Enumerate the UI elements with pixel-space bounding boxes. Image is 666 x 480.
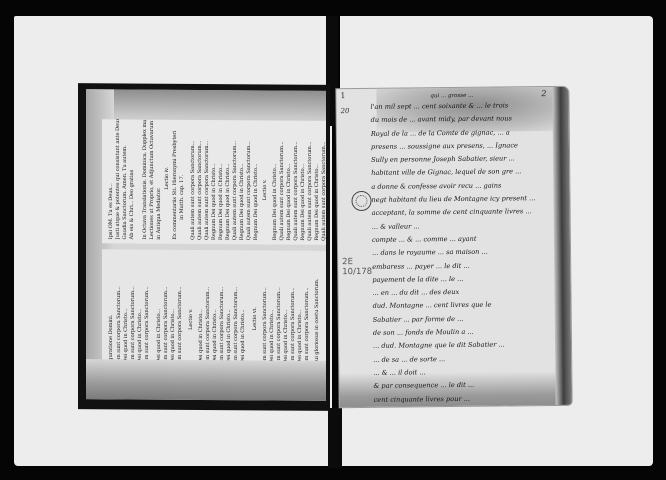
printed-left-page: Ipsi OM. Tu es Deus... Justi atque & pot… [78,83,330,411]
printed-column: Ab eis & Chri... Deo gratias [129,119,135,239]
manuscript-text: qui ... grosse ... l'an mil sept ... cen… [370,91,553,407]
archive-stamp-icon [351,191,371,211]
printed-column: Regnum Dei quod in Christo... [239,120,245,240]
printed-column: Regnum Dei quod in Christo... [225,120,231,240]
printed-column: Quali autem sunt corpora Sanctorum... [321,121,326,241]
printed-column: Regnum Dei quod in Christo... [286,121,292,241]
printed-column: Regnum Dei quod in Christo... [300,121,306,241]
call-number-item: 10/178 [342,267,372,277]
printed-column: Quali autem sunt corpora Sanctorum... [246,120,252,240]
manuscript-right-page: 1 20 2 2E 10/178 qui ... grosse ... l'an… [336,87,571,407]
printed-column: Regnum Dei quod in Christo... [314,121,320,241]
printed-column: in Matth. cap. 17. [179,140,185,220]
printed-column: Quali autem sunt corpora Sanctorum... [279,121,285,241]
margin-mark: 20 [341,107,350,115]
call-number: 2E 10/178 [342,257,372,277]
printed-column: Quali autem sunt corpora Sanctorum... [293,121,299,241]
manuscript-line: acceptant, la somme de cent cinquante li… [372,205,552,220]
printed-column: Gaudia Sanctorum. Amen. Tu autem. [122,119,128,239]
printed-column: Regnum Dei quod in Christo... [272,120,278,240]
printed-heading: Lectio v. [262,160,268,200]
printed-column: Quali autem sunt corpora Sanctorum... [197,120,203,240]
printed-column: Quali autem sunt corpora Sanctorum... [232,120,238,240]
printed-page-paper: Ipsi OM. Tu es Deus... Justi atque & pot… [86,89,326,401]
binding-edge [552,87,571,405]
printed-column: Lectiones ut Proprio, et Adjunctum Octav… [149,120,155,240]
printed-column: Regnum Dei quod in Christo... [253,120,259,240]
printed-column: Regnum Dei quod in Christo... [218,120,224,240]
printed-heading: Lectio v. [188,290,194,330]
stain-bottom [86,359,326,401]
call-number-series: 2E [342,257,372,267]
margin-mark: 1 [340,91,345,100]
printed-column: Regnum Dei quod in Christo... [211,120,217,240]
printed-column: Justi atque & potentes qui consistunt an… [115,119,121,239]
printed-heading: Lectio vi. [252,290,258,330]
printed-column: Quali autem sunt corpora Sanctorum... [190,120,196,240]
printed-column: Ex commentariis Sti. Hieronymi Presbyter… [172,120,178,240]
printed-upper-text-block: Ipsi OM. Tu es Deus... Justi atque & pot… [102,119,326,245]
printed-column: Quali autem sunt corpora Sanctorum... [204,120,210,240]
printed-column: Ipsi OM. Tu es Deus... [108,119,114,239]
printed-column: In Octava Translationis. Dominica. Duppl… [142,120,148,240]
printed-column: in Antiqua Mediator. [156,120,162,240]
gutter-divider-bottom [328,408,342,468]
printed-column: Quali autem sunt corpora Sanctorum... [307,121,313,241]
printed-heading: Lectio iv. [164,150,170,190]
